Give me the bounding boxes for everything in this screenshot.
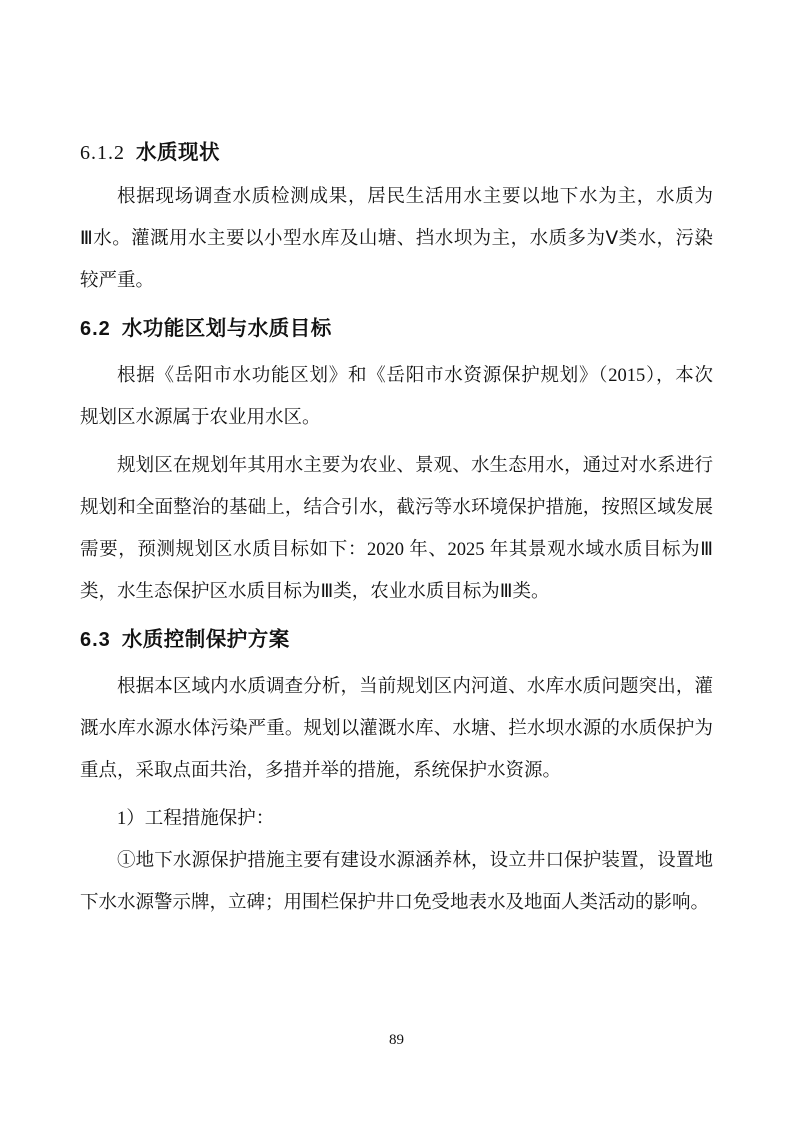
paragraph: 规划区在规划年其用水主要为农业、景观、水生态用水，通过对水系进行规划和全面整治的… <box>80 445 713 613</box>
paragraph-line: 根据现场调查水质检测成果，居民生活用水主要以地下水为主，水质为Ⅱ、 <box>80 176 713 218</box>
section-heading: 6.3水质控制保护方案 <box>80 619 713 663</box>
section-number: 6.2 <box>80 318 111 340</box>
section-number: 6.1.2 <box>80 142 125 164</box>
section-heading: 6.1.2水质现状 <box>80 132 713 176</box>
paragraph-line: ①地下水源保护措施主要有建设水源涵养林，设立井口保护装置，设置地 <box>80 840 713 882</box>
paragraph: 根据本区域内水质调查分析，当前规划区内河道、水库水质问题突出，灌溉水库水源水体污… <box>80 666 713 792</box>
paragraph-line: 规划区在规划年其用水主要为农业、景观、水生态用水，通过对水系进行 <box>80 445 713 487</box>
paragraph-line: 根据《岳阳市水功能区划》和《岳阳市水资源保护规划》（2015），本次 <box>80 355 713 397</box>
paragraph-line: 1）工程措施保护： <box>80 798 713 840</box>
paragraph-line: 类，水生态保护区水质目标为Ⅲ类，农业水质目标为Ⅲ类。 <box>80 571 713 613</box>
paragraph-line: 需要，预测规划区水质目标如下：2020 年、2025 年其景观水域水质目标为Ⅲ <box>80 529 713 571</box>
section-title: 水功能区划与水质目标 <box>122 317 332 340</box>
paragraph: 根据《岳阳市水功能区划》和《岳阳市水资源保护规划》（2015），本次规划区水源属… <box>80 355 713 439</box>
paragraph-line: 下水水源警示牌，立碑；用围栏保护井口免受地表水及地面人类活动的影响。 <box>80 882 713 924</box>
paragraph-line: 重点，采取点面共治，多措并举的措施，系统保护水资源。 <box>80 750 713 792</box>
paragraph-line: 规划和全面整治的基础上，结合引水，截污等水环境保护措施，按照区域发展 <box>80 487 713 529</box>
document-content: 6.1.2水质现状根据现场调查水质检测成果，居民生活用水主要以地下水为主，水质为… <box>80 132 713 930</box>
paragraph: 1）工程措施保护： <box>80 798 713 840</box>
paragraph-line: 根据本区域内水质调查分析，当前规划区内河道、水库水质问题突出，灌 <box>80 666 713 708</box>
section-title: 水质现状 <box>136 141 220 164</box>
document-page: 6.1.2水质现状根据现场调查水质检测成果，居民生活用水主要以地下水为主，水质为… <box>0 0 793 1122</box>
section-number: 6.3 <box>80 629 111 651</box>
paragraph: 根据现场调查水质检测成果，居民生活用水主要以地下水为主，水质为Ⅱ、Ⅲ水。灌溉用水… <box>80 176 713 302</box>
section-title: 水质控制保护方案 <box>122 628 290 651</box>
paragraph-line: Ⅲ水。灌溉用水主要以小型水库及山塘、挡水坝为主，水质多为Ⅴ类水，污染 <box>80 218 713 260</box>
paragraph-line: 较严重。 <box>80 260 713 302</box>
paragraph-line: 溉水库水源水体污染严重。规划以灌溉水库、水塘、拦水坝水源的水质保护为 <box>80 708 713 750</box>
paragraph: ①地下水源保护措施主要有建设水源涵养林，设立井口保护装置，设置地下水水源警示牌，… <box>80 840 713 924</box>
section-heading: 6.2水功能区划与水质目标 <box>80 308 713 352</box>
page-number: 89 <box>0 1030 793 1050</box>
paragraph-line: 规划区水源属于农业用水区。 <box>80 397 713 439</box>
